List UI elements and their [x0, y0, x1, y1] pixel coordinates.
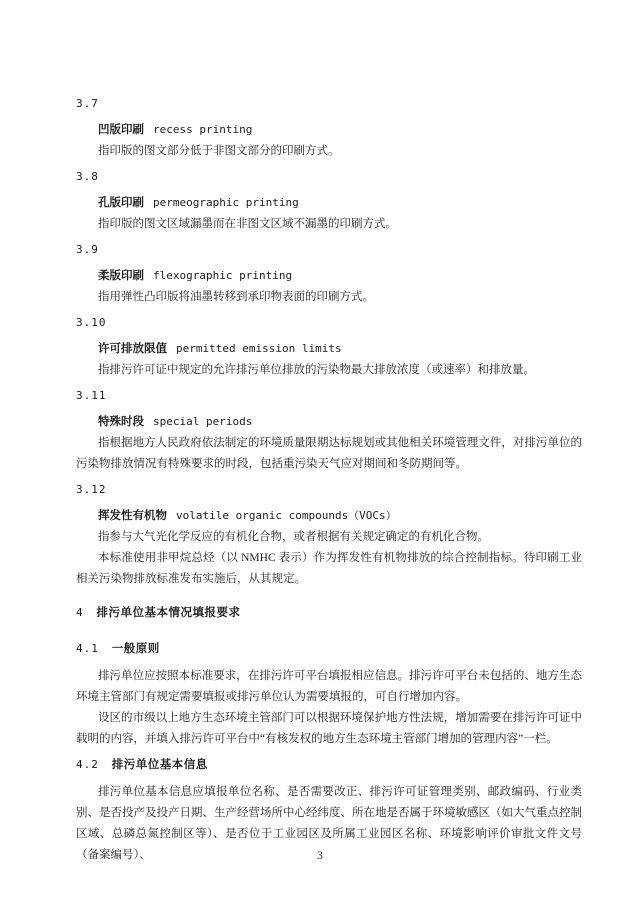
term-title: 特殊时段 special periods: [98, 410, 582, 433]
term-section-3-10: 3.10 许可排放限值 permitted emission limits 指排…: [76, 312, 582, 381]
document-page: 3.7 凹版印刷 recess printing 指印版的图文部分低于非图文部分…: [0, 0, 640, 905]
term-title: 挥发性有机物 volatile organic compounds（VOCs）: [98, 504, 582, 527]
subsection-title: 排污单位基本信息: [112, 759, 208, 771]
subsection-4-1-body: 排污单位应按照本标准要求，在排污许可平台填报相应信息。排污许可平台未包括的、地方…: [76, 666, 582, 750]
term-name-zh: 挥发性有机物: [98, 510, 167, 522]
page-number: 3: [0, 846, 640, 867]
term-name-zh: 柔版印刷: [98, 270, 144, 282]
term-number: 3.10: [76, 312, 582, 333]
term-name-en: special periods: [153, 415, 252, 428]
term-title: 柔版印刷 flexographic printing: [98, 264, 582, 287]
term-name-zh: 孔版印刷: [98, 197, 144, 209]
term-number: 3.11: [76, 385, 582, 406]
chapter-title: 排污单位基本情况填报要求: [97, 607, 241, 619]
term-number: 3.8: [76, 166, 582, 187]
term-title: 孔版印刷 permeographic printing: [98, 191, 582, 214]
term-title: 许可排放限值 permitted emission limits: [98, 337, 582, 360]
term-title: 凹版印刷 recess printing: [98, 118, 582, 141]
paragraph: 排污单位应按照本标准要求，在排污许可平台填报相应信息。排污许可平台未包括的、地方…: [76, 666, 582, 708]
term-name-en: permitted emission limits: [176, 342, 342, 355]
term-definition: 指用弹性凸印版将油墨转移到承印物表面的印刷方式。: [76, 287, 582, 308]
subsection-heading-4-1: 4.1 一般原则: [76, 638, 582, 660]
term-name-en: flexographic printing: [153, 269, 292, 282]
subsection-heading-4-2: 4.2 排污单位基本信息: [76, 754, 582, 776]
subsection-title: 一般原则: [112, 643, 160, 655]
page-content: 3.7 凹版印刷 recess printing 指印版的图文部分低于非图文部分…: [76, 93, 582, 866]
term-number: 3.7: [76, 93, 582, 114]
term-name-en: volatile organic compounds（VOCs）: [176, 509, 397, 522]
term-number: 3.9: [76, 239, 582, 260]
term-definition: 指印版的图文部分低于非图文部分的印刷方式。: [76, 141, 582, 162]
term-section-3-12: 3.12 挥发性有机物 volatile organic compounds（V…: [76, 479, 582, 590]
term-name-en: permeographic printing: [153, 196, 299, 209]
term-section-3-11: 3.11 特殊时段 special periods 指根据地方人民政府依法制定的…: [76, 385, 582, 475]
term-name-zh: 许可排放限值: [98, 343, 167, 355]
term-section-3-7: 3.7 凹版印刷 recess printing 指印版的图文部分低于非图文部分…: [76, 93, 582, 162]
paragraph: 设区的市级以上地方生态环境主管部门可以根据环境保护地方性法规，增加需要在排污许可…: [76, 708, 582, 750]
term-section-3-8: 3.8 孔版印刷 permeographic printing 指印版的图文区域…: [76, 166, 582, 235]
term-definition: 指根据地方人民政府依法制定的环境质量限期达标规划或其他相关环境管理文件，对排污单…: [76, 433, 582, 475]
subsection-number: 4.2: [76, 758, 99, 771]
term-section-3-9: 3.9 柔版印刷 flexographic printing 指用弹性凸印版将油…: [76, 239, 582, 308]
term-definition-note: 本标准使用非甲烷总烃（以 NMHC 表示）作为挥发性有机物排放的综合控制指标。待…: [76, 548, 582, 590]
term-number: 3.12: [76, 479, 582, 500]
term-definition: 指参与大气光化学反应的有机化合物，或者根据有关规定确定的有机化合物。: [76, 527, 582, 548]
term-definition: 指印版的图文区域漏墨而在非图文区域不漏墨的印刷方式。: [76, 214, 582, 235]
chapter-number: 4: [76, 606, 84, 619]
term-definition: 指排污许可证中规定的允许排污单位排放的污染物最大排放浓度（或速率）和排放量。: [76, 360, 582, 381]
term-name-zh: 特殊时段: [98, 416, 144, 428]
term-name-zh: 凹版印刷: [98, 124, 144, 136]
chapter-heading: 4 排污单位基本情况填报要求: [76, 602, 582, 624]
subsection-number: 4.1: [76, 642, 99, 655]
term-name-en: recess printing: [153, 123, 252, 136]
